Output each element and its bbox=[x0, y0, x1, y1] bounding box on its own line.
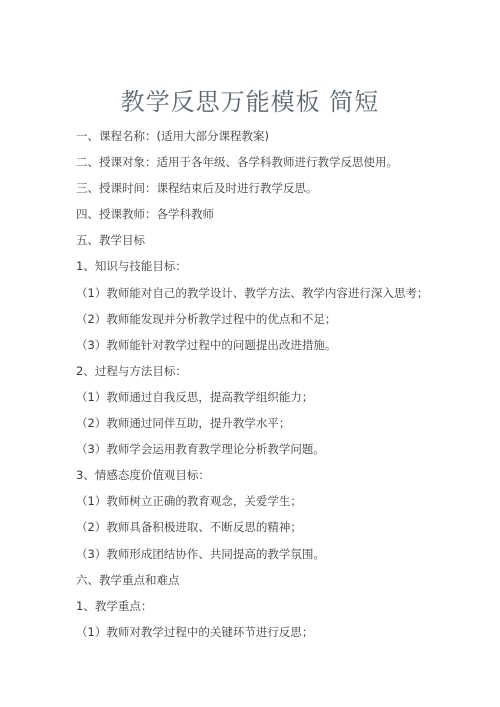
list-item: （2）教师具备积极进取、不断反思的精神； bbox=[76, 519, 486, 545]
list-item: （3）教师形成团结协作、共同提高的教学氛围。 bbox=[76, 546, 486, 572]
section-objectives: 五、教学目标 bbox=[76, 232, 486, 258]
list-item: （3）教师能针对教学过程中的问题提出改进措施。 bbox=[76, 337, 486, 363]
section-time: 三、授课时间：课程结束后及时进行教学反思。 bbox=[76, 180, 486, 206]
subsection-attitude-values: 3、情感态度价值观目标： bbox=[76, 467, 486, 493]
document-title: 教学反思万能模板 简短 bbox=[0, 82, 500, 117]
list-item: （1）教师树立正确的教育观念，关爱学生； bbox=[76, 493, 486, 519]
list-item: （2）教师能发现并分析教学过程中的优点和不足； bbox=[76, 311, 486, 337]
section-teacher: 四、授课教师：各学科教师 bbox=[76, 206, 486, 232]
document-body: 一、课程名称：(适用大部分课程教案) 二、授课对象：适用于各年级、各学科教师进行… bbox=[76, 128, 486, 650]
subsection-process-methods: 2、过程与方法目标： bbox=[76, 363, 486, 389]
list-item: （3）教师学会运用教育教学理论分析教学问题。 bbox=[76, 441, 486, 467]
list-item: （1）教师能对自己的教学设计、教学方法、教学内容进行深入思考； bbox=[76, 285, 486, 311]
list-item: （2）教师通过同伴互助，提升教学水平； bbox=[76, 415, 486, 441]
subsection-knowledge-skills: 1、知识与技能目标： bbox=[76, 258, 486, 284]
document-page: 教学反思万能模板 简短 一、课程名称：(适用大部分课程教案) 二、授课对象：适用… bbox=[0, 0, 500, 707]
list-item: （1）教师通过自我反思，提高教学组织能力； bbox=[76, 389, 486, 415]
section-course-name: 一、课程名称：(适用大部分课程教案) bbox=[76, 128, 486, 154]
subsection-teaching-focus: 1、教学重点： bbox=[76, 598, 486, 624]
section-audience: 二、授课对象：适用于各年级、各学科教师进行教学反思使用。 bbox=[76, 154, 486, 180]
section-key-points: 六、教学重点和难点 bbox=[76, 572, 486, 598]
list-item: （1）教师对教学过程中的关键环节进行反思； bbox=[76, 624, 486, 650]
